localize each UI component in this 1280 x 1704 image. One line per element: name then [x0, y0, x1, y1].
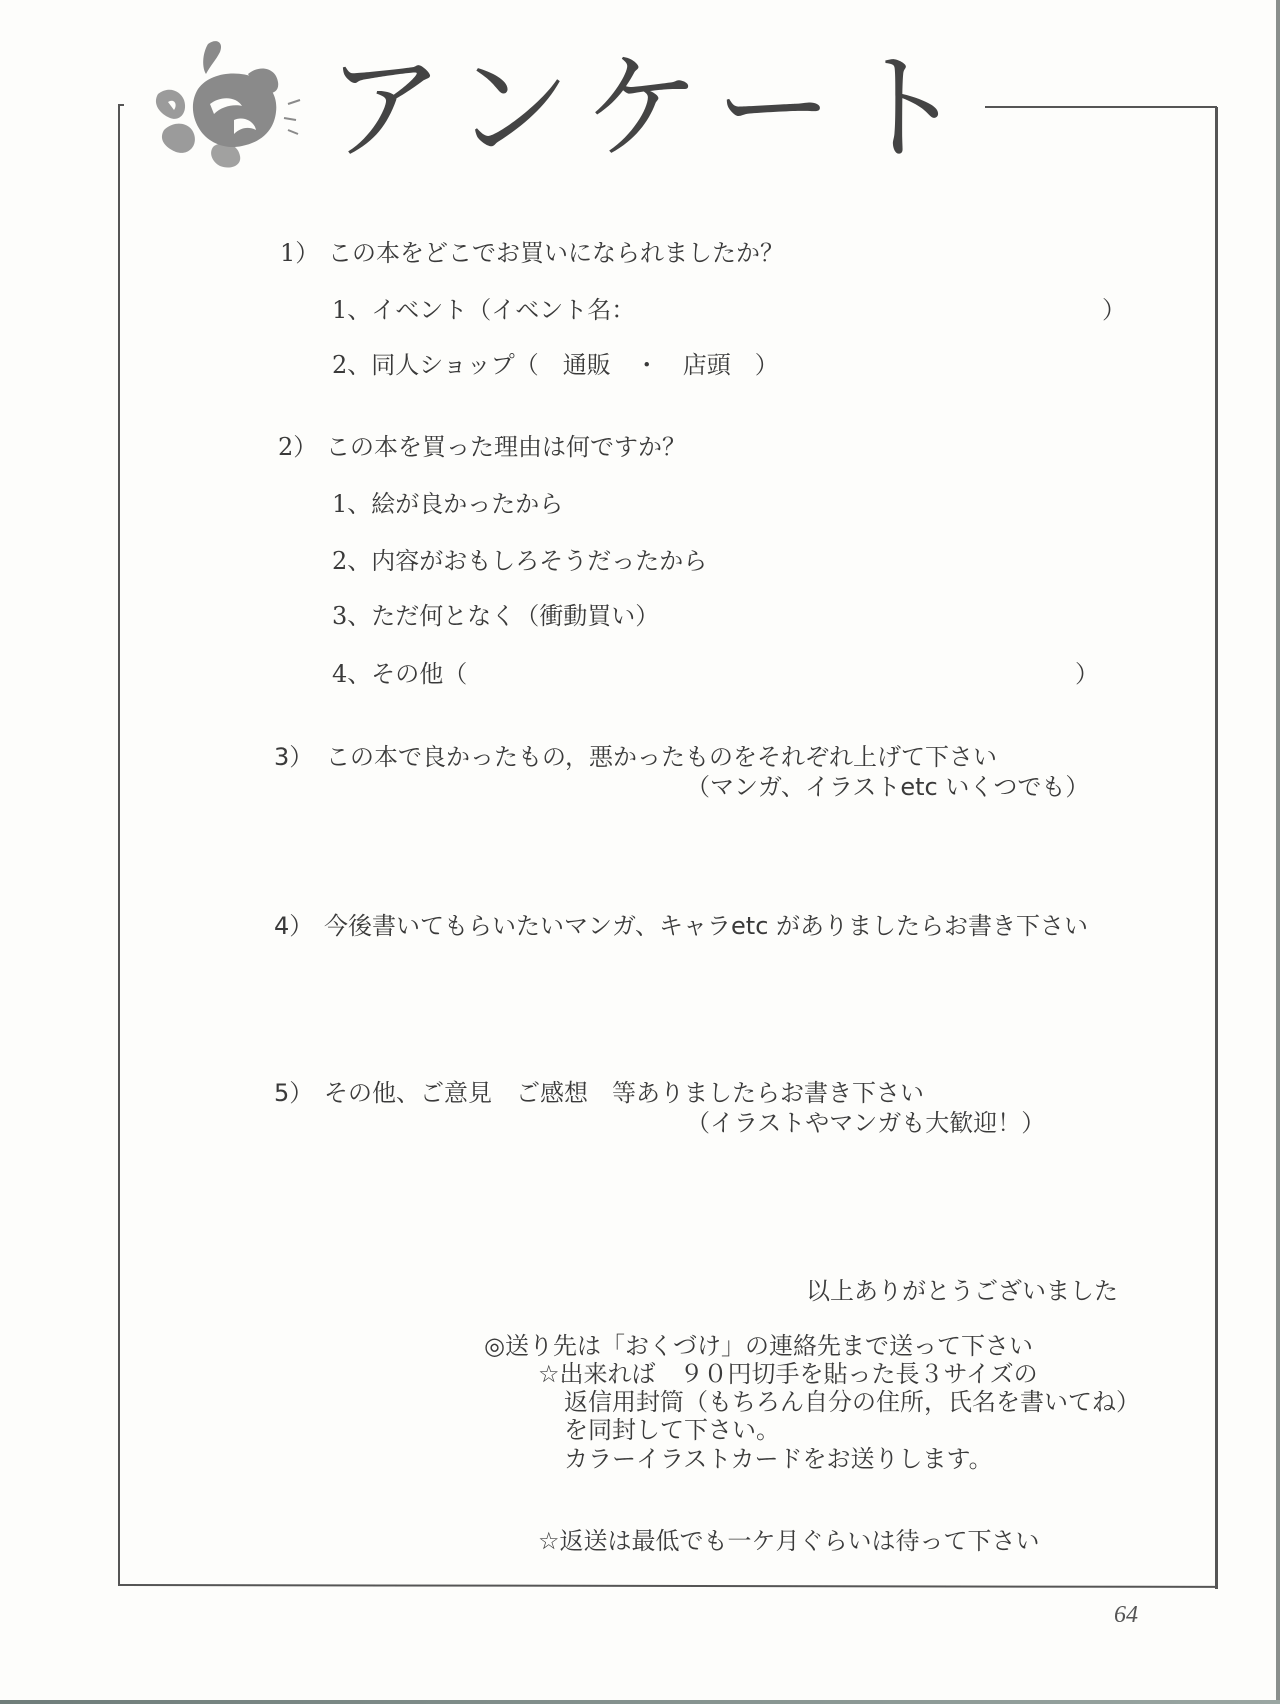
question-5-text: その他、ご意見 ご感想 等ありましたらお書き下さい: [324, 1078, 924, 1108]
frame-left-border: [118, 104, 120, 1586]
envelope-note-line-1: ☆出来れば ９０円切手を貼った長３サイズの: [538, 1359, 1038, 1389]
question-1-option-1-close: ）: [1102, 295, 1126, 325]
frame-bottom-border: [118, 1584, 1215, 1588]
question-1-option-2: 2、同人ショップ（ 通販 ・ 店頭 ）: [332, 350, 779, 380]
question-2-option-3: 3、ただ何となく（衝動買い）: [332, 601, 659, 631]
send-to-note: ◎送り先は「おくづけ」の連絡先まで送って下さい: [484, 1331, 1033, 1361]
page-number: 64: [1114, 1602, 1138, 1629]
frame-top-border: [985, 106, 1217, 108]
frame-right-border: [1215, 107, 1218, 1589]
question-1-number: 1）: [280, 238, 319, 268]
return-note: ☆返送は最低でも一ケ月ぐらいは待って下さい: [538, 1526, 1040, 1556]
question-2-option-4-close: ）: [1075, 659, 1099, 689]
question-2-number: 2）: [278, 432, 317, 462]
question-4-number: 4）: [274, 911, 313, 941]
question-5-note: （イラストやマンガも大歓迎！）: [686, 1108, 1045, 1138]
question-1-text: この本をどこでお買いになられましたか？: [328, 238, 784, 268]
envelope-note-line-2: 返信用封筒（もちろん自分の住所，氏名を書いてね）: [564, 1387, 1140, 1417]
question-2-option-4: 4、その他（: [332, 659, 467, 689]
question-5-number: 5）: [274, 1078, 313, 1108]
question-3-text: この本で良かったもの，悪かったものをそれぞれ上げて下さい: [326, 742, 997, 772]
question-4-text: 今後書いてもらいたいマンガ、キャラetc がありましたらお書き下さい: [324, 911, 1088, 941]
thanks-message: 以上ありがとうございました: [806, 1276, 1118, 1306]
question-1-option-1: 1、イベント（イベント名：: [332, 295, 635, 325]
flower-illustration-icon: [138, 34, 318, 174]
question-2-option-2: 2、内容がおもしろそうだったから: [332, 546, 707, 576]
question-2-text: この本を買った理由は何ですか？: [326, 432, 686, 462]
question-3-note: （マンガ、イラストetc いくつでも）: [686, 772, 1089, 802]
envelope-note-line-3: を同封して下さい。: [564, 1415, 780, 1445]
question-2-option-1: 1、絵が良かったから: [332, 489, 563, 519]
scan-edge: [0, 1700, 1280, 1704]
envelope-note-line-4: カラーイラストカードをお送りします。: [564, 1444, 993, 1474]
page-edge: [1276, 0, 1280, 1704]
page-title: アンケート: [326, 38, 979, 178]
question-3-number: 3）: [274, 742, 313, 772]
